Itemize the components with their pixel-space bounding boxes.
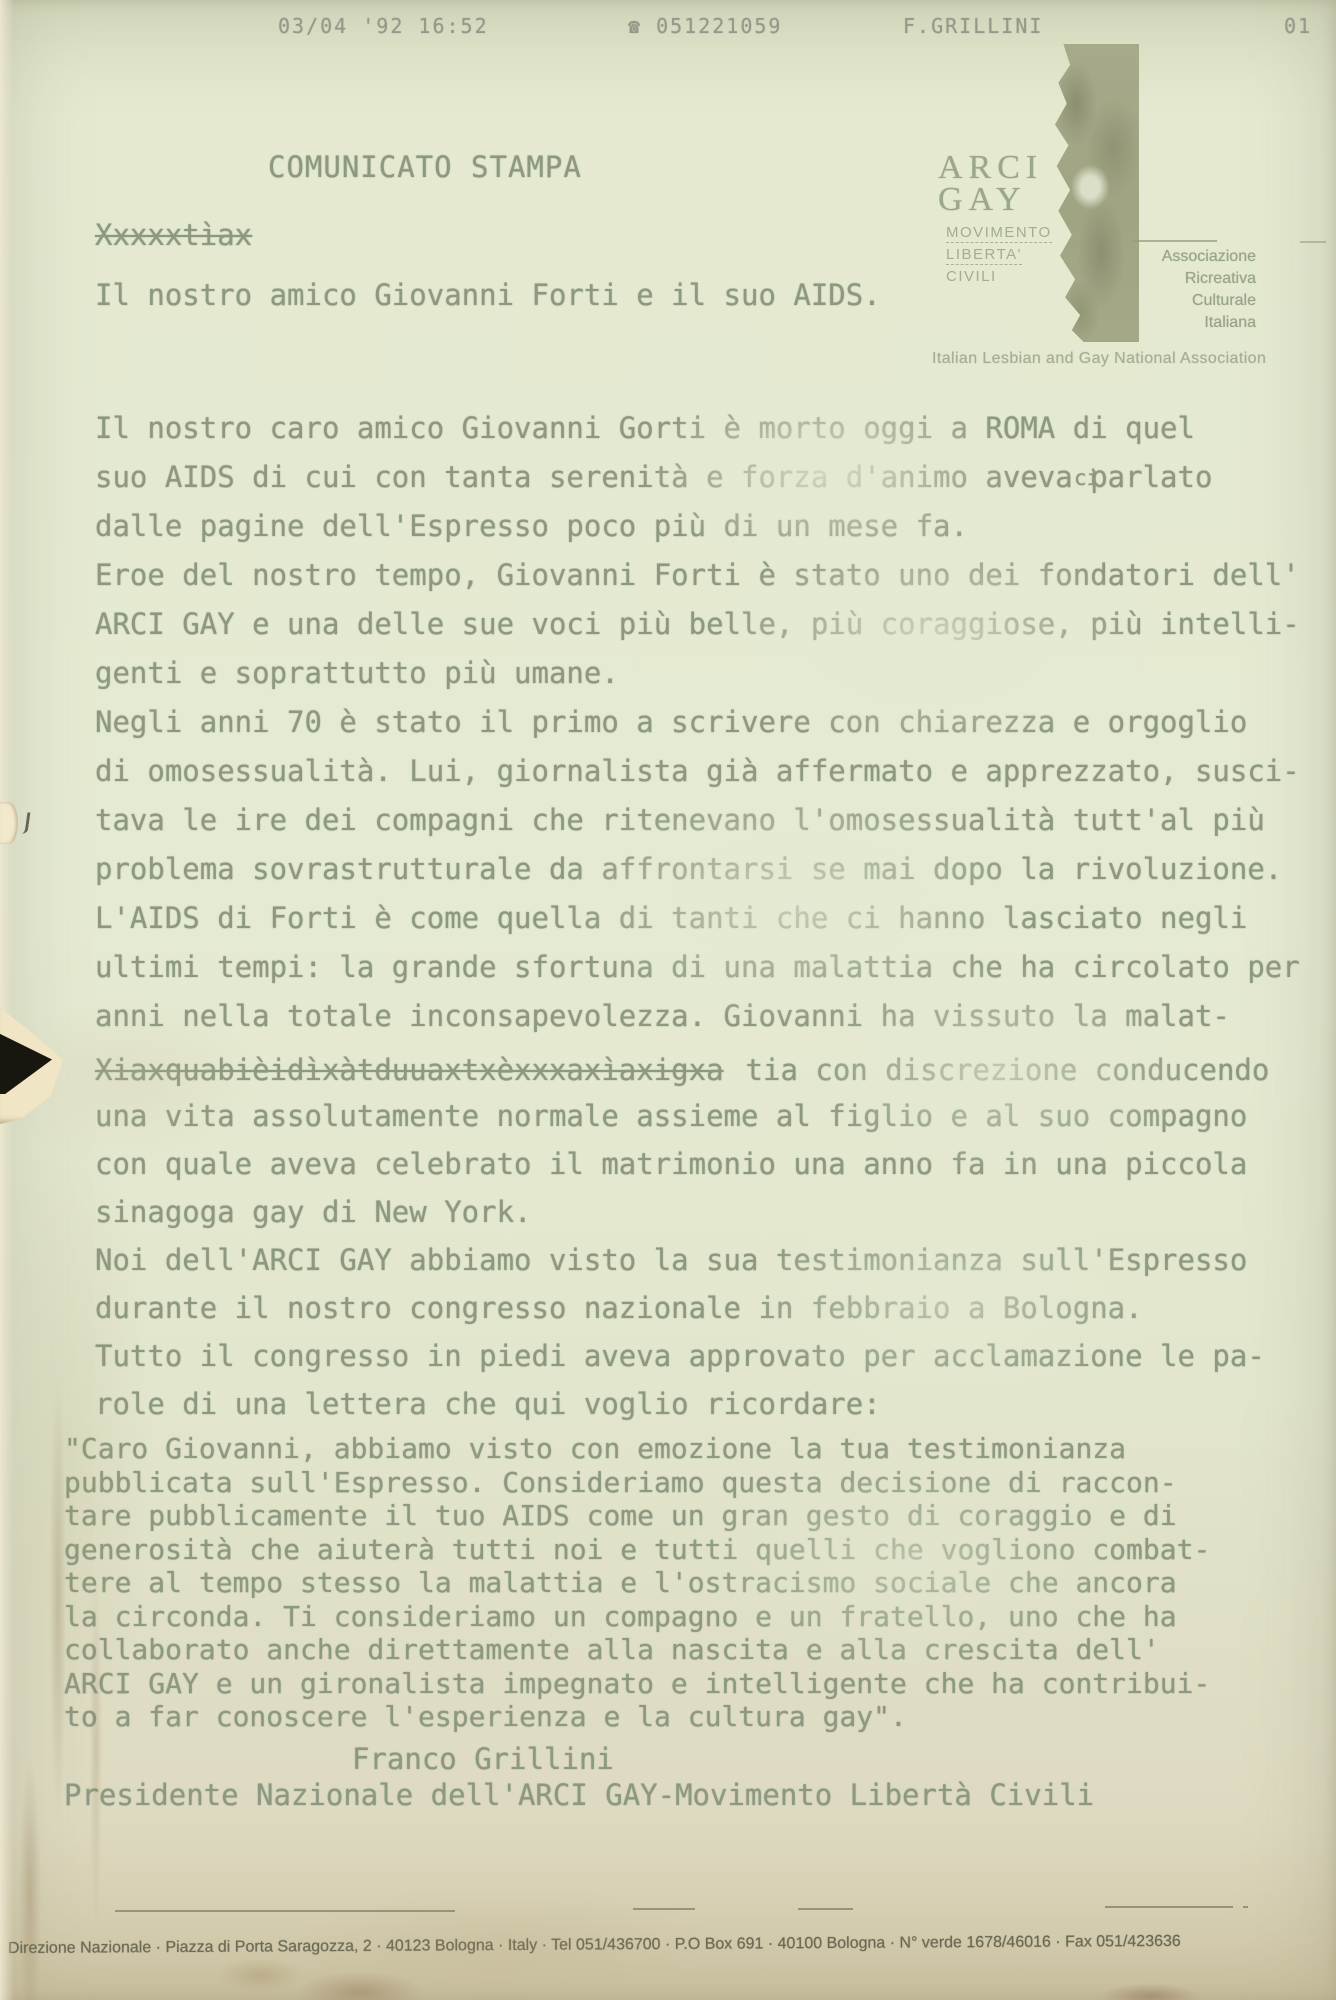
fax-datetime: 03/04 '92 16:52: [278, 14, 489, 38]
struck-text-line: Xiaxquabièidìxàtduuaxtxèxxxaxìaxigxatia …: [95, 1046, 1269, 1095]
footer-rule-dot: [1243, 1906, 1248, 1908]
letterhead-caption: Italian Lesbian and Gay National Associa…: [932, 350, 1272, 368]
typewriter-line: anni nella totale inconsapevolezza. Giov…: [95, 992, 1300, 1041]
fax-phone: ☎ 051221059: [628, 14, 782, 38]
typewriter-line: generosità che aiuterà tutti noi e tutti…: [64, 1533, 1210, 1567]
document-title: COMUNICATO STAMPA: [268, 150, 582, 184]
footer-rule-segment: [1105, 1906, 1233, 1908]
association-name-lines: AssociazioneRicreativaCulturaleItaliana: [1096, 246, 1256, 334]
arcigay-logo-text: ARCIGAY: [938, 152, 1043, 216]
typewriter-line: collaborato anche direttamente alla nasc…: [64, 1633, 1210, 1667]
fax-page-number: 01: [1284, 14, 1312, 38]
typewriter-line: Noi dell'ARCI GAY abbiamo visto la sua t…: [95, 1236, 1265, 1284]
typewriter-line: suo AIDS di cui con tanta serenità e for…: [95, 453, 1300, 502]
footer-rule-segment: [633, 1908, 695, 1910]
typewriter-line: problema sovrastrutturale da affrontarsi…: [95, 845, 1300, 894]
pen-mark: [21, 812, 31, 835]
overstruck-text: Xiaxquabièidìxàtduuaxtxèxxxaxìaxigxa: [95, 1053, 724, 1087]
letterhead-divider-line: [1133, 240, 1217, 242]
letterhead-address-footer: Direzione Nazionale · Piazza di Porta Sa…: [8, 1932, 1334, 1958]
signature-title: Presidente Nazionale dell'ARCI GAY-Movim…: [64, 1778, 1094, 1812]
typewriter-line: la circonda. Ti consideriamo un compagno…: [64, 1600, 1210, 1634]
typewriter-line: ultimi tempi: la grande sfortuna di una …: [95, 943, 1300, 992]
typewriter-line: con quale aveva celebrato il matrimonio …: [95, 1140, 1265, 1188]
typewriter-line: role di una lettera che qui voglio ricor…: [95, 1380, 1265, 1428]
typewriter-line: to a far conoscere l'esperienza e la cul…: [64, 1700, 1210, 1734]
typed-correction-superscript: ci: [1074, 466, 1099, 490]
typewriter-line: ARCI GAY e una delle sue voci più belle,…: [95, 600, 1300, 649]
logo-line-gay: GAY: [938, 181, 1027, 218]
paper-edge-notch: [0, 802, 18, 844]
typewriter-line: una vita assolutamente normale assieme a…: [95, 1092, 1265, 1140]
typewriter-line: tava le ire dei compagni che ritenevano …: [95, 796, 1300, 845]
typewriter-line: MOVIMENTO: [946, 224, 1052, 243]
typewriter-line: Negli anni 70 è stato il primo a scriver…: [95, 698, 1300, 747]
typewriter-line: Tutto il congresso in piedi aveva approv…: [95, 1332, 1265, 1380]
typewriter-line: Culturale: [1096, 290, 1256, 312]
body-paragraphs-2: una vita assolutamente normale assieme a…: [95, 1092, 1265, 1428]
typewriter-line: Italiana: [1096, 312, 1256, 334]
typewriter-line: durante il nostro congresso nazionale in…: [95, 1284, 1265, 1332]
struck-out-intro: Xxxxxtìax: [95, 218, 252, 252]
logo-movement-lines: MOVIMENTOLIBERTA'CIVILI: [946, 224, 1052, 288]
signature-name: Franco Grillini: [352, 1742, 614, 1776]
typewriter-line: Eroe del nostro tempo, Giovanni Forti è …: [95, 551, 1300, 600]
typewriter-line: pubblicata sull'Espresso. Consideriamo q…: [64, 1466, 1210, 1500]
struck-line-rest: tia con discrezione conducendo: [746, 1053, 1270, 1087]
typewriter-line: Il nostro caro amico Giovanni Gorti è mo…: [95, 404, 1300, 453]
scanned-fax-press-release: 03/04 '92 16:52 ☎ 051221059 F.GRILLINI 0…: [0, 0, 1336, 2000]
body-paragraphs-1: Il nostro caro amico Giovanni Gorti è mo…: [95, 404, 1300, 1041]
typewriter-line: Ricreativa: [1096, 268, 1256, 290]
letterhead-divider-dash: [1300, 241, 1326, 243]
typewriter-line: tare pubblicamente il tuo AIDS come un g…: [64, 1499, 1210, 1533]
typewriter-line: dalle pagine dell'Espresso poco più di u…: [95, 502, 1300, 551]
typewriter-line: LIBERTA': [946, 246, 1022, 265]
typewriter-line: L'AIDS di Forti è come quella di tanti c…: [95, 894, 1300, 943]
subject-line: Il nostro amico Giovanni Forti e il suo …: [95, 278, 881, 312]
footer-rule-segment: [115, 1910, 455, 1912]
phone-icon: ☎: [628, 14, 642, 38]
typewriter-line: CIVILI: [946, 268, 997, 285]
typewriter-line: sinagoga gay di New York.: [95, 1188, 1265, 1236]
quoted-letter-block: "Caro Giovanni, abbiamo visto con emozio…: [64, 1432, 1210, 1734]
footer-rule-segment: [798, 1908, 853, 1910]
typewriter-line: "Caro Giovanni, abbiamo visto con emozio…: [64, 1432, 1210, 1466]
typewriter-line: Associazione: [1096, 246, 1256, 268]
fax-phone-number: 051221059: [656, 14, 782, 38]
typewriter-line: genti e soprattutto più umane.: [95, 649, 1300, 698]
typewriter-line: di omosessualità. Lui, giornalista già a…: [95, 747, 1300, 796]
fax-sender: F.GRILLINI: [903, 14, 1043, 38]
typewriter-line: tere al tempo stesso la malattia e l'ost…: [64, 1566, 1210, 1600]
typewriter-line: ARCI GAY e un gironalista impegnato e in…: [64, 1667, 1210, 1701]
